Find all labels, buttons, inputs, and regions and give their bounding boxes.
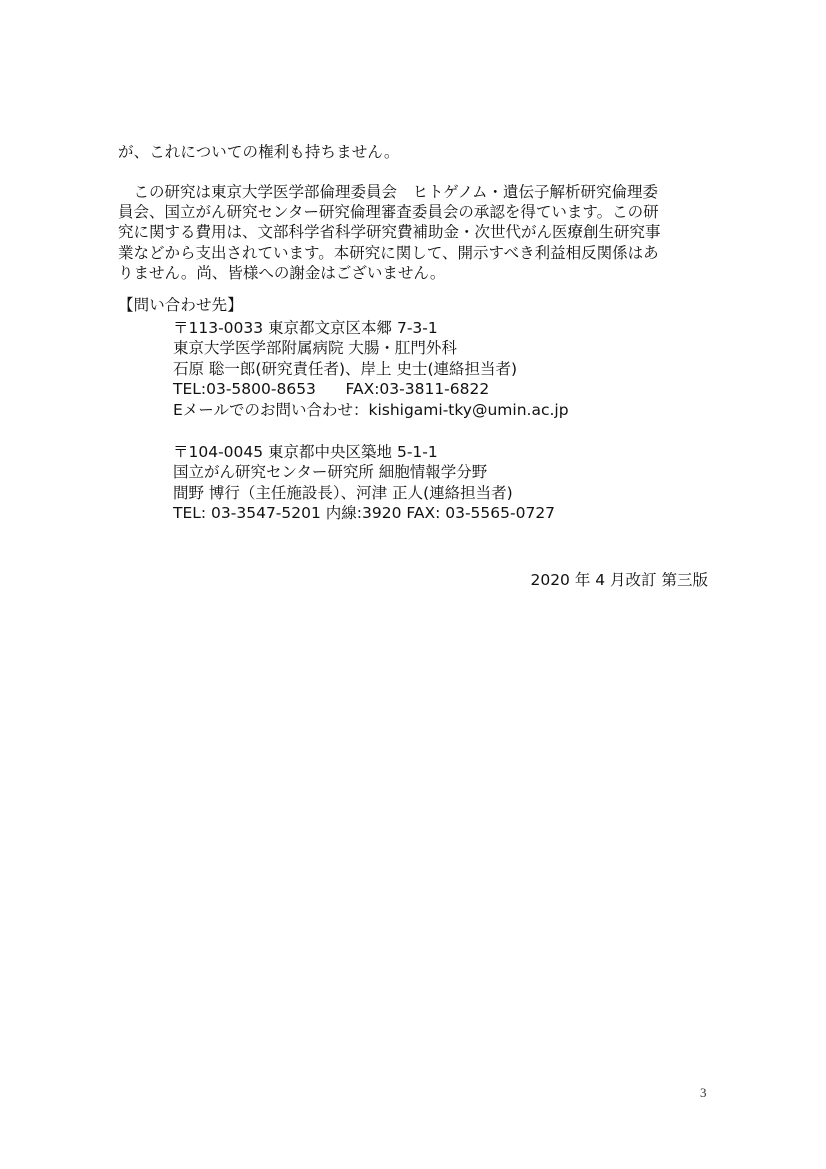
opening-line: が、これについての権利も持ちません。 — [118, 142, 399, 162]
contact-address: 〒113-0033 東京都文京区本郷 7-3-1 — [173, 318, 569, 338]
contact-address: 〒104-0045 東京都中央区築地 5-1-1 — [173, 442, 555, 462]
paragraph-line: 業などから支出されています。本研究に関して、開示すべき利益相反関係はあ — [118, 243, 712, 263]
ethics-funding-paragraph: この研究は東京大学医学部倫理委員会 ヒトゲノム・遺伝子解析研究倫理委 員会、国立… — [118, 182, 712, 283]
contact-department: 国立がん研究センター研究所 細胞情報学分野 — [173, 462, 555, 482]
revision-note: 2020 年 4 月改訂 第三版 — [530, 568, 708, 590]
paragraph-line: この研究は東京大学医学部倫理委員会 ヒトゲノム・遺伝子解析研究倫理委 — [118, 182, 712, 202]
contact-block-utokyo: 〒113-0033 東京都文京区本郷 7-3-1 東京大学医学部附属病院 大腸・… — [173, 318, 569, 420]
contact-department: 東京大学医学部附属病院 大腸・肛門外科 — [173, 338, 569, 358]
contact-block-ncc: 〒104-0045 東京都中央区築地 5-1-1 国立がん研究センター研究所 細… — [173, 442, 555, 524]
contact-people: 間野 博行（主任施設長）、河津 正人(連絡担当者) — [173, 483, 555, 503]
paragraph-line: りません。尚、皆様への謝金はございません。 — [118, 263, 712, 283]
contact-people: 石原 聡一郎(研究責任者)、岸上 史士(連絡担当者) — [173, 359, 569, 379]
contact-phone-fax: TEL:03-5800-8653 FAX:03-3811-6822 — [173, 379, 569, 399]
paragraph-line: 員会、国立がん研究センター研究倫理審査委員会の承認を得ています。この研 — [118, 202, 712, 222]
contact-heading: 【問い合わせ先】 — [118, 295, 243, 315]
contact-email: Eメールでのお問い合わせ：kishigami-tky@umin.ac.jp — [173, 400, 569, 420]
page-number: 3 — [700, 1085, 707, 1101]
paragraph-line: 究に関する費用は、文部科学省科学研究費補助金・次世代がん医療創生研究事 — [118, 222, 712, 242]
contact-phone-fax: TEL: 03-3547-5201 内線:3920 FAX: 03-5565-0… — [173, 503, 555, 523]
